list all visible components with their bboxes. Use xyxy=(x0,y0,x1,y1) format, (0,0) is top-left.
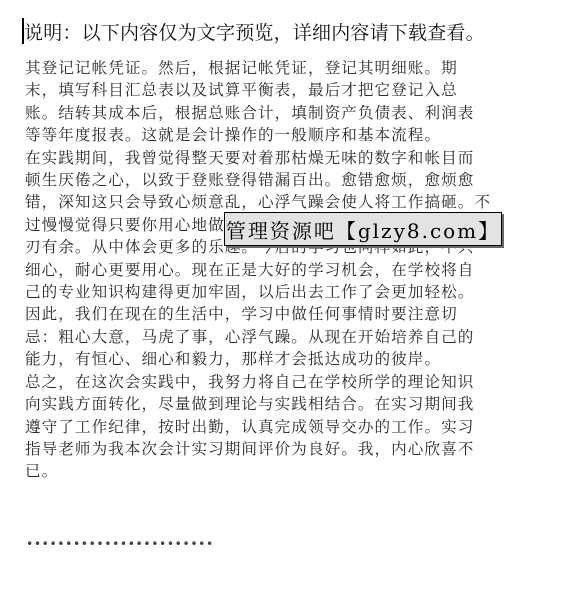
document-line: 已。 xyxy=(25,460,545,482)
preview-notice-text: 说明：以下内容仅为文字预览，详细内容请下载查看。 xyxy=(24,18,485,45)
document-line: 遵守了工作纪律，按时出勤，认真完成领导交办的工作。实习 xyxy=(25,416,545,438)
document-line: 错，深知这只会导致心烦意乱，心浮气躁会使人将工作搞砸。不 xyxy=(25,191,545,213)
document-line: 其登记记帐凭证。然后，根据记帐凭证，登记其明细账。期 xyxy=(25,57,545,79)
document-line: 因此，我们在现在的生活中，学习中做任何事情时要注意切 xyxy=(25,303,545,325)
document-line: 账。结转其成本后，根据总账合计，填制资产负债表、利润表 xyxy=(25,102,545,124)
document-line: 己的专业知识构建得更加牢固，以后出去工作了会更加轻松。 xyxy=(25,281,545,303)
document-line: 等等年度报表。这就是会计操作的一般顺序和基本流程。 xyxy=(25,124,545,146)
document-line: 细心，耐心更要用心。现在正是大好的学习机会，在学校将自 xyxy=(25,259,545,281)
document-line: 忌：粗心大意，马虎了事，心浮气躁。从现在开始培养自己的 xyxy=(25,326,545,348)
document-line: 指导老师为我本次会计实习期间评价为良好。我，内心欣喜不 xyxy=(25,438,545,460)
truncation-ellipsis: •••••••••••••••••••••••• xyxy=(26,537,214,551)
document-line: 能力，有恒心、细心和毅力，那样才会抵达成功的彼岸。 xyxy=(25,348,545,370)
document-line: 总之，在这次会实践中，我努力将自己在学校所学的理论知识 xyxy=(25,371,545,393)
document-line: 在实践期间，我曾觉得整天要对着那枯燥无味的数字和帐目而 xyxy=(25,147,545,169)
watermark-banner: 管理资源吧【glzy8.com】 xyxy=(224,212,502,246)
document-body: 其登记记帐凭证。然后，根据记帐凭证，登记其明细账。期 末，填写科目汇总表以及试算… xyxy=(25,57,545,483)
document-line: 顿生厌倦之心，以致于登账登得错漏百出。愈错愈烦，愈烦愈 xyxy=(25,169,545,191)
document-line: 末，填写科目汇总表以及试算平衡表，最后才把它登记入总 xyxy=(25,79,545,101)
document-line: 向实践方面转化，尽量做到理论与实践相结合。在实习期间我 xyxy=(25,393,545,415)
preview-notice: 说明：以下内容仅为文字预览，详细内容请下载查看。 xyxy=(22,16,485,46)
